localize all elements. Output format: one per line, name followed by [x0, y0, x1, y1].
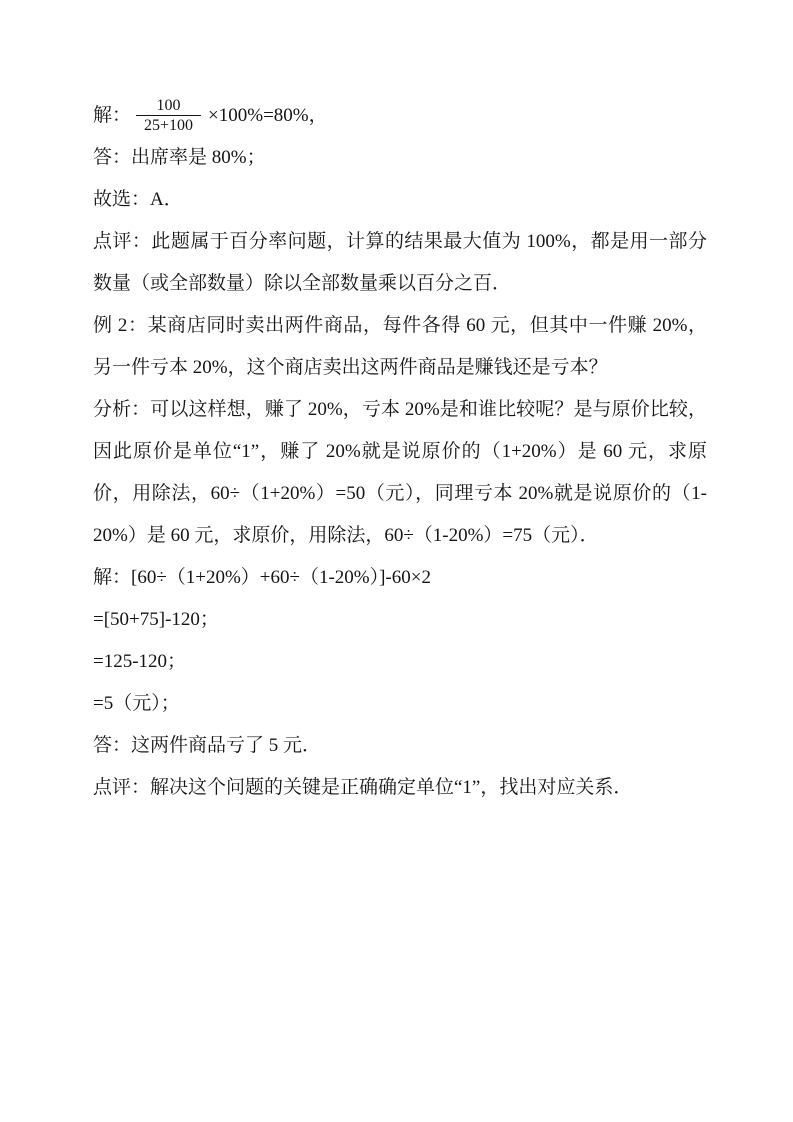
example-2-answer-line: 答：这两件商品亏了 5 元．: [93, 725, 707, 767]
example-2-problem-paragraph: 例 2：某商店同时卖出两件商品，每件各得 60 元，但其中一件赚 20%，另一件…: [93, 305, 707, 389]
example-2-solution-step-1: 解：[60÷（1+20%）+60÷（1-20%）]-60×2: [93, 557, 707, 599]
answer-1-line: 答：出席率是 80%；: [93, 137, 707, 179]
example-2-solution-step-4: =5（元）；: [93, 683, 707, 725]
example-2-analysis-paragraph: 分析：可以这样想，赚了 20%，亏本 20%是和谁比较呢？是与原价比较，因此原价…: [93, 389, 707, 557]
solution-1-line: 解：10025+100×100%=80%，: [93, 95, 707, 137]
fraction-denominator: 25+100: [136, 115, 201, 135]
solution-1-label: 解：: [93, 105, 131, 126]
example-2-comment-line: 点评：解决这个问题的关键是正确确定单位“1”，找出对应关系．: [93, 767, 707, 809]
document-content: 解：10025+100×100%=80%， 答：出席率是 80%； 故选：A． …: [93, 95, 707, 809]
example-2-solution-step-3: =125-120；: [93, 641, 707, 683]
solution-1-result: ×100%=80%，: [208, 105, 328, 126]
fraction: 10025+100: [136, 96, 201, 135]
document-page: 解：10025+100×100%=80%， 答：出席率是 80%； 故选：A． …: [0, 0, 793, 1122]
fraction-numerator: 100: [136, 96, 201, 115]
chosen-answer-line: 故选：A．: [93, 179, 707, 221]
comment-1-paragraph: 点评：此题属于百分率问题，计算的结果最大值为 100%，都是用一部分数量（或全部…: [93, 221, 707, 305]
example-2-solution-step-2: =[50+75]-120；: [93, 599, 707, 641]
